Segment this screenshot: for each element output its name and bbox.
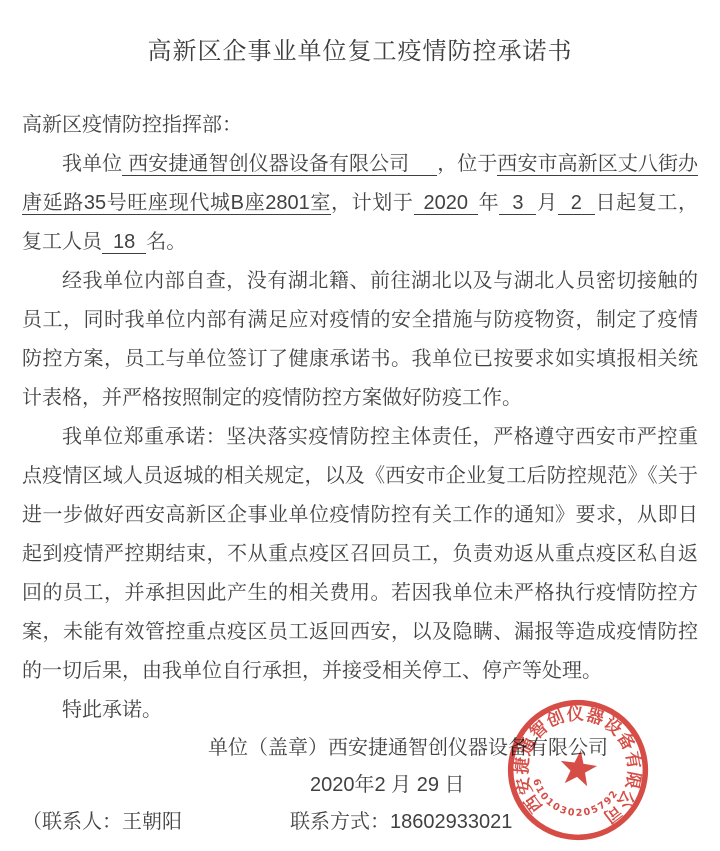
p1-after-company-text: ，位于 — [437, 153, 497, 175]
p1-after-address-text: ，计划于 — [331, 192, 414, 214]
paragraph-company-info: 我单位西安捷通智创仪器设备有限公司，位于西安市高新区丈八街办唐延路35号旺座现代… — [22, 145, 698, 262]
p1-year-unit: 年 — [478, 192, 499, 214]
signature-unit-label: 单位（盖章） — [208, 737, 328, 759]
p1-month-unit: 月 — [536, 192, 557, 214]
signature-unit-name: 西安捷通智创仪器设备有限公司 — [328, 737, 608, 759]
blank-month: 3 — [499, 192, 536, 215]
signature-contact-line: （联系人：王朝阳联系方式：18602933021 — [22, 804, 698, 841]
signature-unit-line: 单位（盖章）西安捷通智创仪器设备有限公司 — [208, 730, 698, 767]
contact-label: （联系人： — [22, 811, 122, 833]
closing-line: 特此承诺。 — [22, 691, 698, 730]
document-page: 高新区企事业单位复工疫情防控承诺书 高新区疫情防控指挥部： 我单位西安捷通智创仪… — [0, 0, 720, 851]
paragraph-commitment: 我单位郑重承诺：坚决落实疫情防控主体责任，严格遵守西安市严控重点疫情区域人员返城… — [22, 418, 698, 691]
document-title: 高新区企事业单位复工疫情防控承诺书 — [22, 36, 698, 68]
p1-tail-text: 名。 — [146, 231, 186, 253]
blank-year: 2020 — [414, 192, 479, 215]
salutation-line: 高新区疫情防控指挥部： — [22, 106, 698, 145]
phone-number: 18602933021 — [390, 811, 512, 833]
signature-date-line: 2020年2 月 29 日 — [310, 767, 698, 804]
phone-label: 联系方式： — [290, 811, 390, 833]
blank-company-name: 西安捷通智创仪器设备有限公司 — [122, 153, 437, 176]
paragraph-self-check: 经我单位内部自查，没有湖北籍、前往湖北以及与湖北人员密切接触的员工，同时我单位内… — [22, 262, 698, 418]
contact-name: 王朝阳 — [122, 811, 182, 833]
blank-headcount: 18 — [102, 231, 146, 254]
p1-pre-text: 我单位 — [62, 153, 122, 175]
blank-day: 2 — [558, 192, 595, 215]
